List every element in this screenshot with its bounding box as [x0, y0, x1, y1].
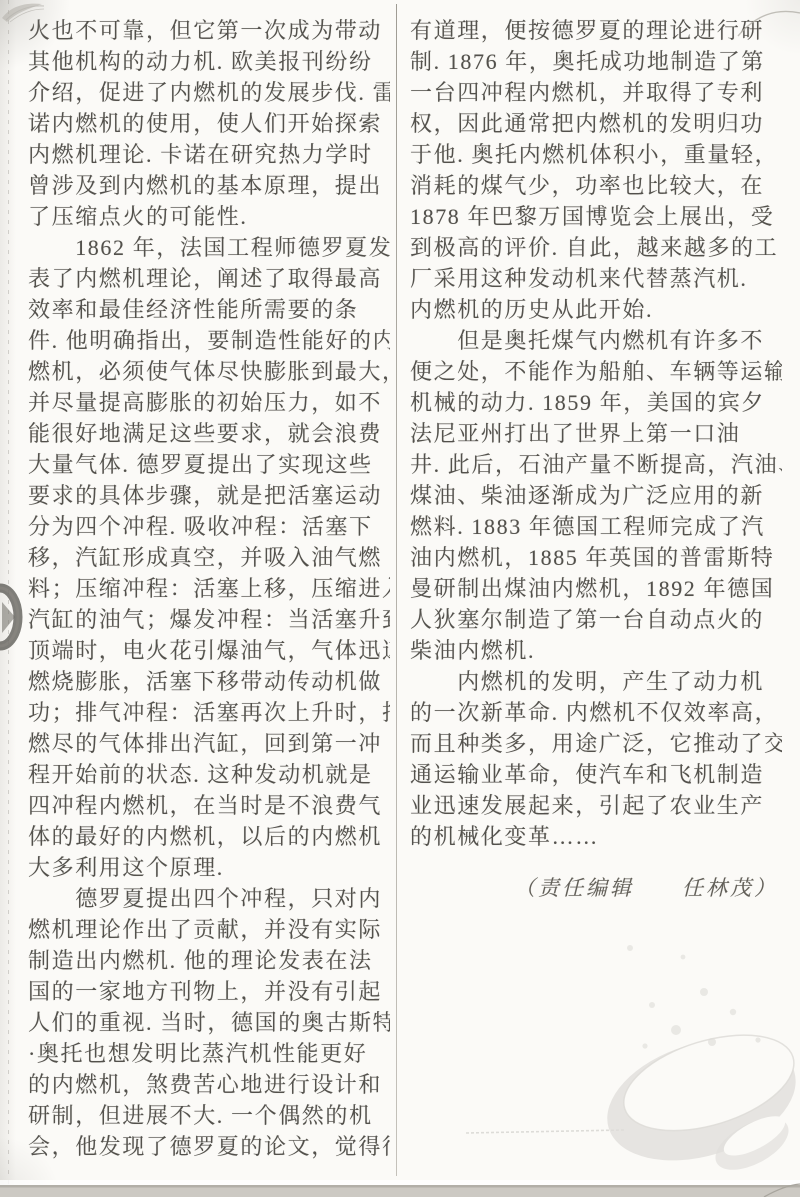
text-line: 权，因此通常把内燃机的发明归功: [410, 108, 782, 139]
text-line: 德罗夏提出四个冲程，只对内: [28, 883, 390, 914]
text-line: 燃机理论作出了贡献，并没有实际: [28, 914, 390, 945]
text-line: 井. 此后，石油产量不断提高，汽油、: [410, 449, 782, 480]
text-line: 要求的具体步骤，就是把活塞运动: [28, 480, 390, 511]
text-line: 体的最好的内燃机，以后的内燃机: [28, 821, 390, 852]
text-line: 制. 1876 年，奥托成功地制造了第: [410, 46, 782, 77]
text-line: 油内燃机，1885 年英国的普雷斯特: [410, 542, 782, 573]
text-line: 会，他发现了德罗夏的论文，觉得很: [28, 1131, 390, 1162]
text-line: 火也不可靠，但它第一次成为带动: [28, 15, 390, 46]
text-line: 其他机构的动力机. 欧美报刊纷纷: [28, 46, 390, 77]
text-line: 移，汽缸形成真空，并吸入油气燃: [28, 542, 390, 573]
left-text-column: 火也不可靠，但它第一次成为带动其他机构的动力机. 欧美报刊纷纷介绍，促进了内燃机…: [28, 15, 390, 1162]
editor-byline: （责任编辑 任林茂）: [410, 873, 782, 904]
text-line: 曾涉及到内燃机的基本原理，提出: [28, 170, 390, 201]
text-line: 业迅速发展起来，引起了农业生产: [410, 790, 782, 821]
text-line: 内燃机的历史从此开始.: [410, 294, 782, 325]
text-line: 大多利用这个原理.: [28, 852, 390, 883]
text-line: 分为四个冲程. 吸收冲程：活塞下: [28, 511, 390, 542]
text-line: 燃料. 1883 年德国工程师完成了汽: [410, 511, 782, 542]
text-line: 介绍，促进了内燃机的发展步伐. 雷: [28, 77, 390, 108]
text-line: 人狄塞尔制造了第一台自动点火的: [410, 604, 782, 635]
text-line: 程开始前的状态. 这种发动机就是: [28, 759, 390, 790]
text-line: 内燃机的发明，产生了动力机: [410, 666, 782, 697]
text-line: 于他. 奥托内燃机体积小，重量轻，: [410, 139, 782, 170]
text-line: 的机械化变革……: [410, 821, 782, 852]
scanned-page: 火也不可靠，但它第一次成为带动其他机构的动力机. 欧美报刊纷纷介绍，促进了内燃机…: [0, 0, 800, 1197]
text-line: 厂采用这种发动机来代替蒸汽机.: [410, 263, 782, 294]
text-line: 曼研制出煤油内燃机，1892 年德国: [410, 573, 782, 604]
binder-hole-icon: [0, 588, 18, 646]
text-line: 件. 他明确指出，要制造性能好的内: [28, 325, 390, 356]
text-line: 有道理，便按德罗夏的理论进行研: [410, 15, 782, 46]
bottom-edge-shadow: [0, 1180, 800, 1197]
text-line: 一台四冲程内燃机，并取得了专利: [410, 77, 782, 108]
text-line: 燃机，必须使气体尽快膨胀到最大，: [28, 356, 390, 387]
column-divider: [396, 4, 397, 1176]
text-line: 人们的重视. 当时，德国的奥古斯特: [28, 1007, 390, 1038]
text-line: 而且种类多，用途广泛，它推动了交: [410, 728, 782, 759]
text-line: 功；排气冲程：活塞再次上升时，把: [28, 697, 390, 728]
text-line: 效率和最佳经济性能所需要的条: [28, 294, 390, 325]
text-line: 通运输业革命，使汽车和飞机制造: [410, 759, 782, 790]
right-column-lines: 有道理，便按德罗夏的理论进行研制. 1876 年，奥托成功地制造了第一台四冲程内…: [410, 15, 782, 852]
right-text-column: 有道理，便按德罗夏的理论进行研制. 1876 年，奥托成功地制造了第一台四冲程内…: [410, 15, 782, 904]
text-line: 表了内燃机理论，阐述了取得最高: [28, 263, 390, 294]
text-line: 诺内燃机的使用，使人们开始探索: [28, 108, 390, 139]
text-line: 汽缸的油气；爆发冲程：当活塞升到: [28, 604, 390, 635]
text-line: 料；压缩冲程：活塞上移，压缩进入: [28, 573, 390, 604]
text-line: 了压缩点火的可能性.: [28, 201, 390, 232]
text-line: 四冲程内燃机，在当时是不浪费气: [28, 790, 390, 821]
text-line: 研制，但进展不大. 一个偶然的机: [28, 1100, 390, 1131]
bowl-watermark: [466, 945, 800, 1182]
text-line: ·奥托也想发明比蒸汽机性能更好: [28, 1038, 390, 1069]
text-line: 能很好地满足这些要求，就会浪费: [28, 418, 390, 449]
text-line: 制造出内燃机. 他的理论发表在法: [28, 945, 390, 976]
text-line: 法尼亚州打出了世界上第一口油: [410, 418, 782, 449]
text-line: 的内燃机，煞费苦心地进行设计和: [28, 1069, 390, 1100]
text-line: 到极高的评价. 自此，越来越多的工: [410, 232, 782, 263]
text-line: 内燃机理论. 卡诺在研究热力学时: [28, 139, 390, 170]
text-line: 煤油、柴油逐渐成为广泛应用的新: [410, 480, 782, 511]
text-line: 1878 年巴黎万国博览会上展出，受: [410, 201, 782, 232]
text-line: 但是奥托煤气内燃机有许多不: [410, 325, 782, 356]
text-line: 并尽量提高膨胀的初始压力，如不: [28, 387, 390, 418]
text-line: 顶端时，电火花引爆油气，气体迅速: [28, 635, 390, 666]
text-line: 国的一家地方刊物上，并没有引起: [28, 976, 390, 1007]
text-line: 便之处，不能作为船舶、车辆等运输: [410, 356, 782, 387]
text-line: 1862 年，法国工程师德罗夏发: [28, 232, 390, 263]
text-line: 柴油内燃机.: [410, 635, 782, 666]
text-line: 消耗的煤气少，功率也比较大，在: [410, 170, 782, 201]
text-line: 燃尽的气体排出汽缸，回到第一冲: [28, 728, 390, 759]
text-line: 的一次新革命. 内燃机不仅效率高，: [410, 697, 782, 728]
text-line: 燃烧膨胀，活塞下移带动传动机做: [28, 666, 390, 697]
text-line: 大量气体. 德罗夏提出了实现这些: [28, 449, 390, 480]
text-line: 机械的动力. 1859 年，美国的宾夕: [410, 387, 782, 418]
